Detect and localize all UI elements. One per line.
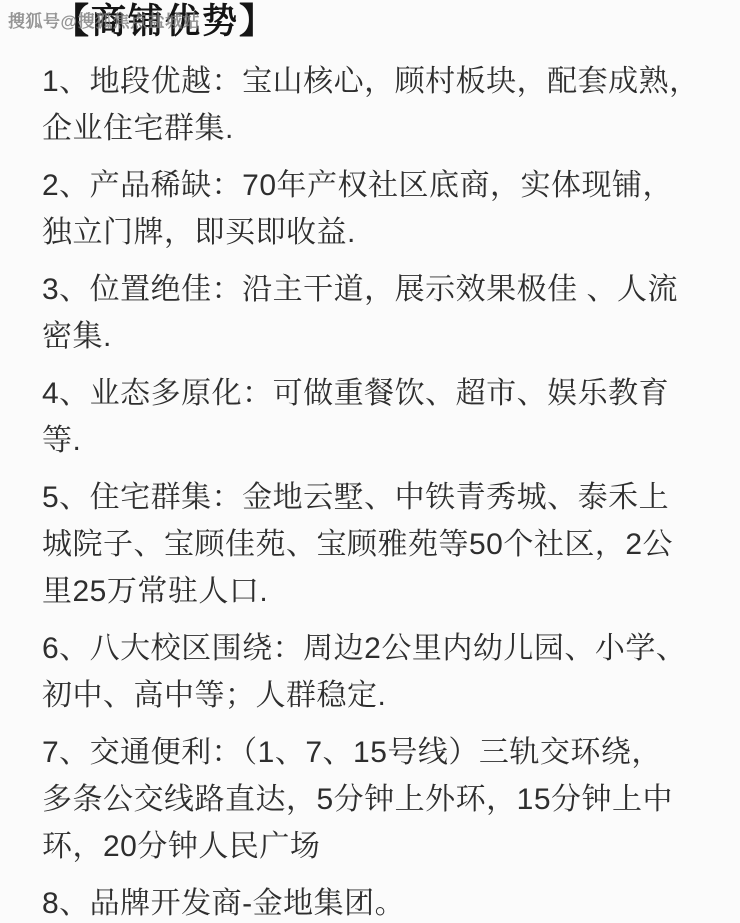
advantage-item-8: 8、品牌开发商-金地集团。 <box>42 880 702 923</box>
advantage-list: 1、地段优越：宝山核心，顾村板块，配套成熟， 企业住宅群集. 2、产品稀缺：70… <box>0 42 740 923</box>
advantage-item-4: 4、业态多原化：可做重餐饮、超市、娱乐教育 等. <box>42 370 702 464</box>
advantage-item-5: 5、住宅群集：金地云墅、中铁青秀城、泰禾上 城院子、宝顾佳苑、宝顾雅苑等50个社… <box>42 474 702 615</box>
advantage-item-2: 2、产品稀缺：70年产权社区底商，实体现铺， 独立门牌，即买即收益. <box>42 162 702 256</box>
sohu-account-watermark: 搜狐号@搜狐焦点盐城站 <box>8 7 200 32</box>
article-page: 搜狐号@搜狐焦点盐城站 【商铺优势】 1、地段优越：宝山核心，顾村板块，配套成熟… <box>0 0 740 923</box>
advantage-item-6: 6、八大校区围绕：周边2公里内幼儿园、小学、 初中、高中等；人群稳定. <box>42 625 702 719</box>
advantage-item-7: 7、交通便利：（1、7、15号线）三轨交环绕， 多条公交线路直达，5分钟上外环，… <box>42 729 702 870</box>
advantage-item-1: 1、地段优越：宝山核心，顾村板块，配套成熟， 企业住宅群集. <box>42 58 702 152</box>
advantage-item-3: 3、位置绝佳：沿主干道，展示效果极佳 、人流 密集. <box>42 266 702 360</box>
